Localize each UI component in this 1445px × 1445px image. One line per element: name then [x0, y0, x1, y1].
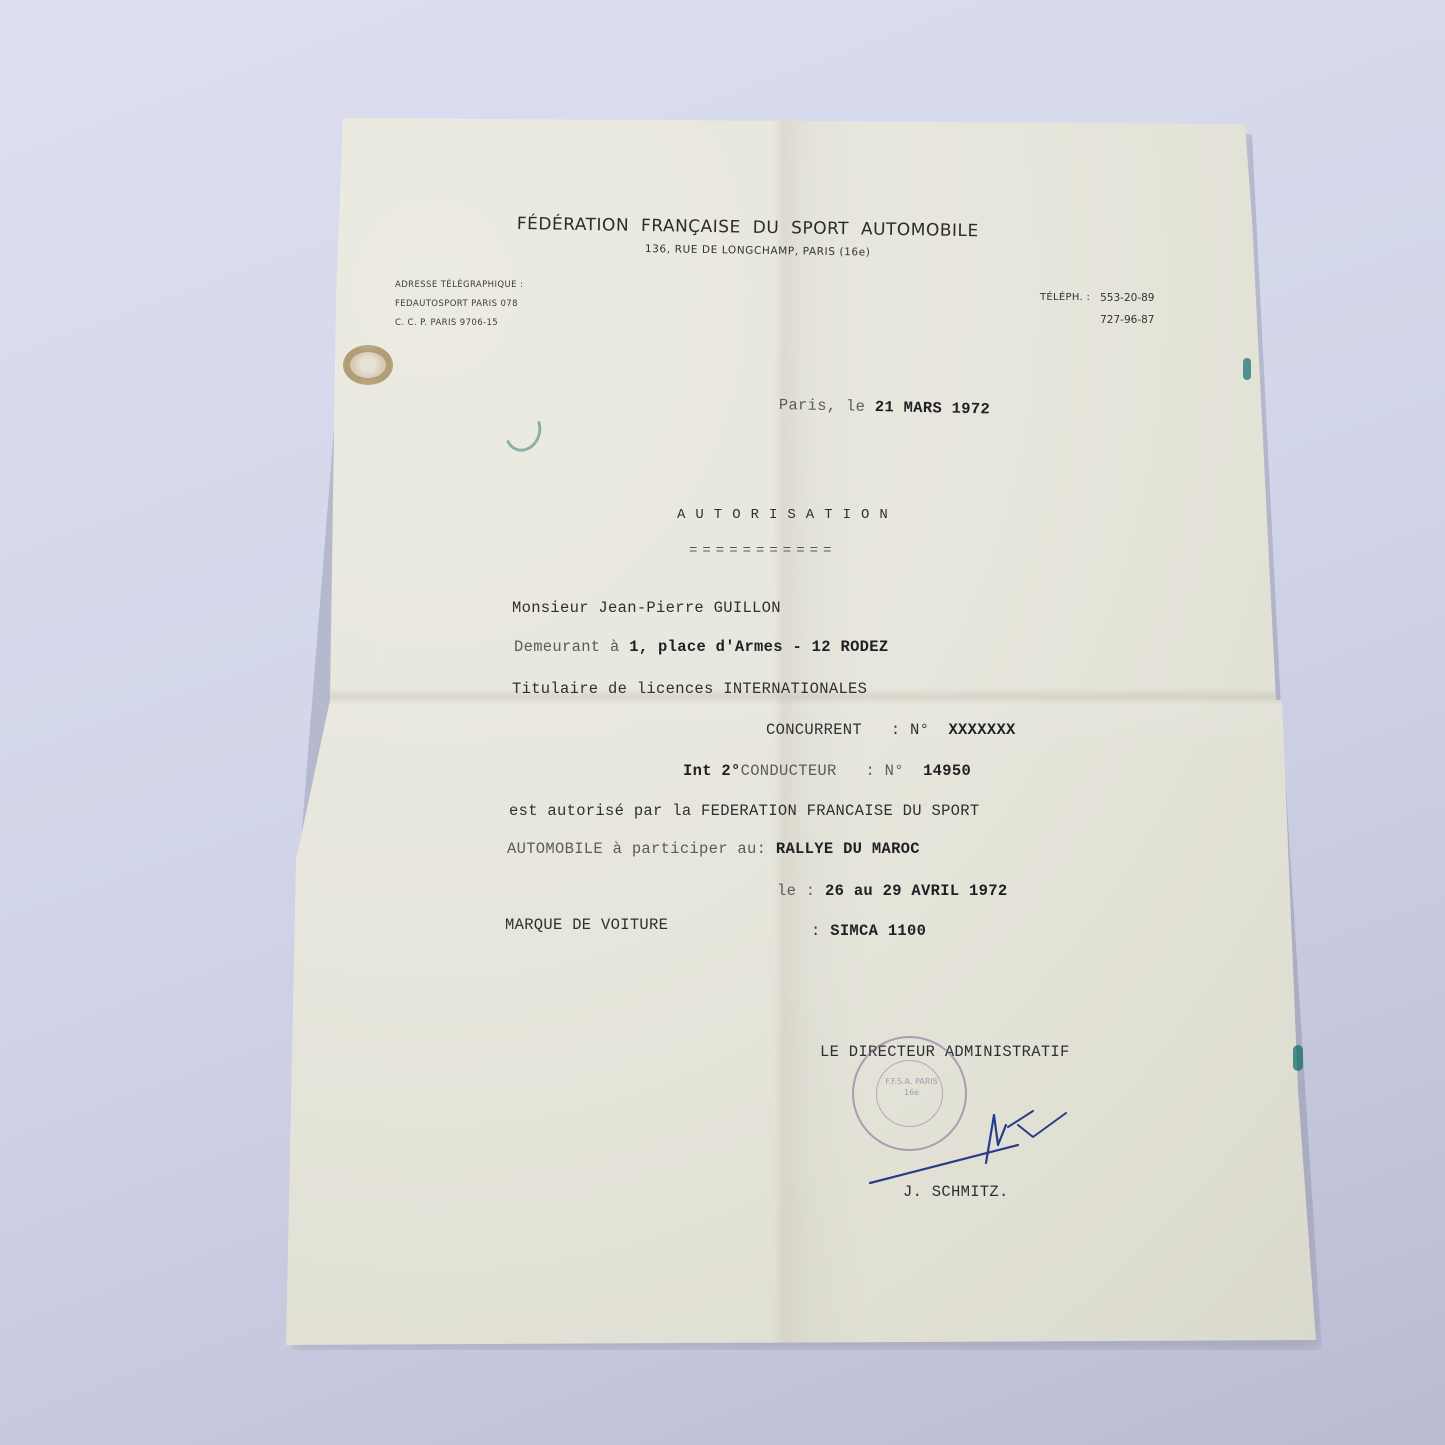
residence-line: Demeurant à 1, place d'Armes - 12 RODEZ — [514, 638, 888, 656]
licence-label: CONCURRENT — [766, 721, 862, 739]
letter-date: 21 MARS 1972 — [875, 398, 991, 418]
edge-ink-mark — [1243, 358, 1251, 380]
licence-no-label: N° — [910, 721, 929, 739]
signature-icon — [868, 1085, 1078, 1185]
phone-row: 727-96-87 — [1040, 309, 1154, 331]
licence-prefix: Int 2° — [683, 762, 741, 780]
rust-stain — [343, 345, 393, 385]
phone-block: TÉLÉPH. : 553-20-89 727-96-87 — [1040, 287, 1154, 331]
ccp-number: C. C. P. PARIS 9706-15 — [395, 314, 523, 333]
phone-number: 727-96-87 — [1100, 309, 1154, 331]
car-sep: : — [811, 922, 821, 940]
residence-label: Demeurant à — [514, 638, 620, 656]
authorization-line-1: est autorisé par la FEDERATION FRANCAISE… — [509, 802, 979, 820]
residence-address: 1, place d'Armes - 12 RODEZ — [629, 638, 888, 656]
car-line: : SIMCA 1100 — [811, 922, 926, 940]
licence-label: CONDUCTEUR — [741, 762, 837, 780]
document-title: AUTORISATION — [677, 507, 898, 523]
title-underline: =========== — [689, 543, 836, 559]
licence-sep: : — [865, 762, 875, 780]
event-name: RALLYE DU MAROC — [776, 840, 920, 858]
telegraphic-block: ADRESSE TÉLÉGRAPHIQUE : FEDAUTOSPORT PAR… — [395, 276, 523, 333]
phone-label: TÉLÉPH. : — [1040, 287, 1090, 309]
table-surface: FÉDÉRATION FRANÇAISE DU SPORT AUTOMOBILE… — [0, 0, 1445, 1445]
recipient-line: Monsieur Jean-Pierre GUILLON — [512, 599, 781, 617]
authorization-prefix: AUTOMOBILE à participer au: — [507, 840, 766, 858]
car-label: MARQUE DE VOITURE — [505, 916, 668, 934]
licence-number: 14950 — [923, 762, 971, 780]
recipient-prefix: Monsieur — [512, 599, 589, 617]
licence-number: XXXXXXX — [948, 721, 1015, 739]
licence-row-concurrent: CONCURRENT : N° XXXXXXX — [766, 721, 1016, 739]
edge-ink-mark — [1293, 1045, 1303, 1071]
event-date-line: le : 26 au 29 AVRIL 1972 — [777, 882, 1007, 900]
licence-sep: : — [891, 721, 901, 739]
event-date-label: le : — [777, 882, 815, 900]
phone-number: 553-20-89 — [1100, 287, 1154, 309]
authorization-line-2: AUTOMOBILE à participer au: RALLYE DU MA… — [507, 840, 920, 858]
licence-no-label: N° — [885, 762, 904, 780]
phone-row: TÉLÉPH. : 553-20-89 — [1040, 287, 1154, 309]
event-dates: 26 au 29 AVRIL 1972 — [825, 882, 1007, 900]
car-model: SIMCA 1100 — [830, 922, 926, 940]
telegraphic-label: ADRESSE TÉLÉGRAPHIQUE : — [395, 276, 523, 295]
recipient-name: Jean-Pierre GUILLON — [598, 599, 780, 617]
licence-row-conducteur: Int 2°CONDUCTEUR : N° 14950 — [683, 762, 971, 780]
date-prefix: Paris, le — [779, 396, 866, 416]
telegraphic-address: FEDAUTOSPORT PARIS 078 — [395, 295, 523, 314]
signatory-name: J. SCHMITZ. — [903, 1183, 1009, 1201]
licence-line: Titulaire de licences INTERNATIONALES — [512, 680, 867, 698]
